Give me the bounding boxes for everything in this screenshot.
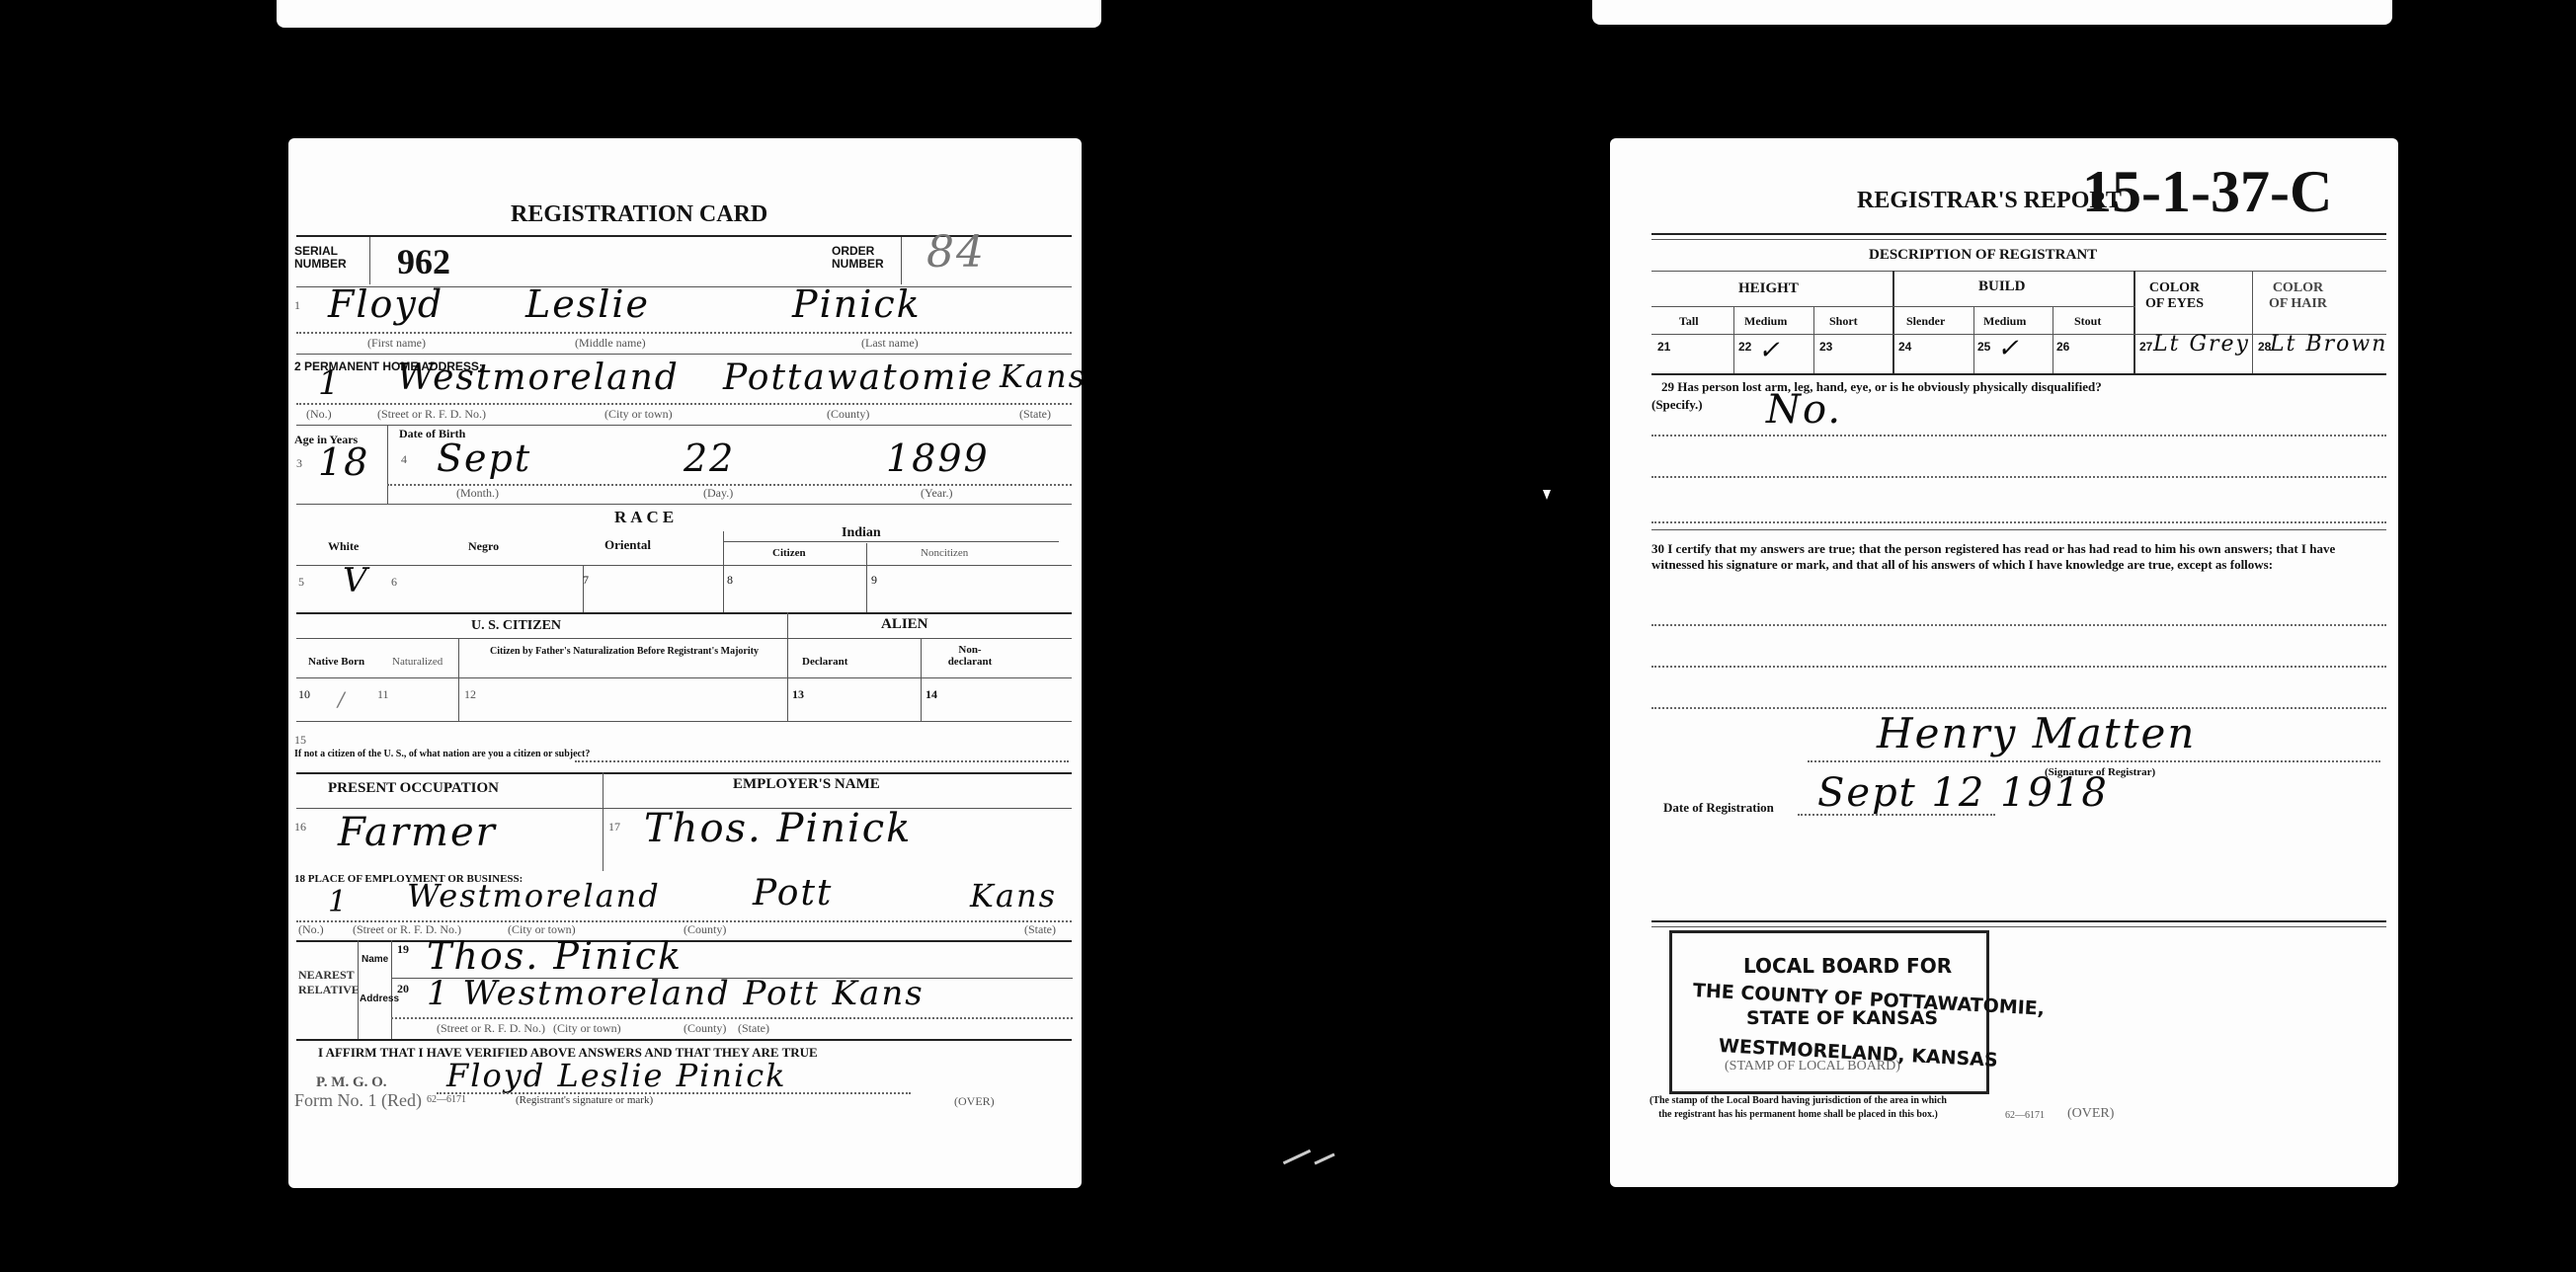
registration-date: Sept 12 1918 (1817, 770, 2109, 816)
age: 18 (318, 440, 369, 484)
registrant-signature: Floyd Leslie Pinick (446, 1057, 787, 1094)
order-number-label: ORDERNUMBER (832, 245, 884, 271)
occupation: Farmer (338, 810, 497, 855)
film-scratch (1314, 1153, 1334, 1164)
registrar-signature: Henry Matten (1877, 709, 2196, 757)
employer-name: Thos. Pinick (644, 806, 912, 851)
stamp-caption: (The stamp of the Local Board having jur… (1650, 1094, 1947, 1122)
native-born-mark: / (338, 687, 347, 711)
registrars-report-back: REGISTRAR'S REPORT 15-1-37-C DESCRIPTION… (1610, 138, 2398, 1187)
hair-color: Lt Brown (2270, 332, 2387, 357)
order-number: 84 (926, 227, 986, 278)
employment-city: Westmoreland (407, 877, 661, 914)
last-name: Pinick (792, 282, 922, 326)
employment-state: Kans (970, 877, 1057, 914)
middle-name: Leslie (525, 282, 650, 326)
first-name: Floyd (328, 282, 443, 326)
eye-color: Lt Grey (2153, 332, 2250, 357)
serial-number-label: SERIALNUMBER (294, 245, 347, 271)
race-title: RACE (614, 508, 678, 527)
stamp-line-1: LOCAL BOARD FOR (1743, 954, 1952, 978)
nearest-relative-label: NEARESTRELATIVE (298, 968, 360, 997)
card-title: REGISTRATION CARD (511, 201, 767, 228)
employment-county: Pott (753, 873, 833, 914)
question-29: 29 Has person lost arm, leg, hand, eye, … (1661, 379, 2102, 395)
height-medium-mark: ✓ (1758, 336, 1782, 365)
birth-month: Sept (437, 437, 531, 480)
previous-card-edge-right (1592, 0, 2392, 25)
registration-card-front: REGISTRATION CARD SERIALNUMBER 962 ORDER… (288, 138, 1082, 1188)
home-city: Westmoreland (397, 358, 680, 398)
previous-card-edge-left (277, 0, 1101, 28)
film-scratch (1283, 1150, 1311, 1164)
birth-day: 22 (684, 437, 735, 480)
stamp-line-3: STATE OF KANSAS (1746, 1007, 1938, 1029)
race-white-mark: V (343, 561, 369, 600)
birth-year: 1899 (886, 437, 990, 480)
serial-number: 962 (397, 241, 450, 282)
home-county: Pottawatomie (723, 358, 994, 398)
home-state: Kans (1000, 358, 1082, 395)
q29-answer: No. (1766, 387, 1842, 433)
build-medium-mark: ✓ (1997, 334, 2021, 363)
certification-text: 30 I certify that my answers are true; t… (1651, 541, 2386, 573)
relative-name: Thos. Pinick (427, 934, 683, 978)
relative-address: 1 Westmoreland Pott Kans (427, 974, 925, 1013)
film-artifact (1543, 490, 1551, 500)
file-code: 15-1-37-C (2082, 158, 2332, 226)
nationality-question: If not a citizen of the U. S., of what n… (294, 749, 590, 759)
